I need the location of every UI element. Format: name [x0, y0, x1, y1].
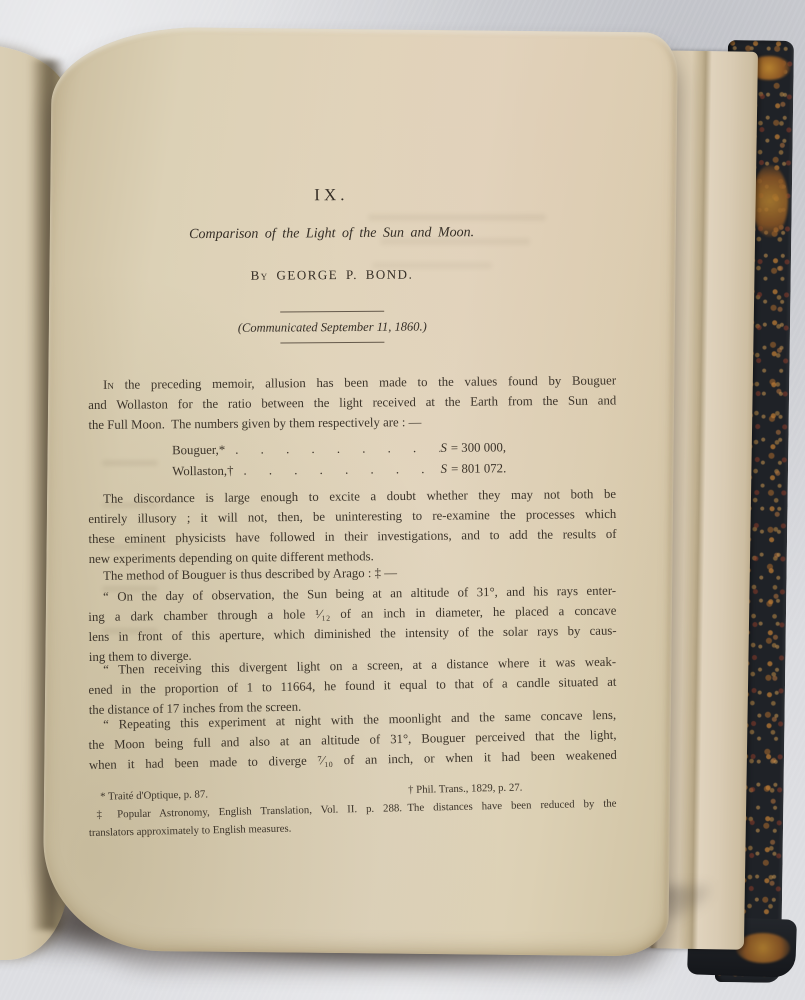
footnote-traite: * Traité d'Optique, p. 87. — [100, 785, 208, 805]
dot-leader: . . . . . . . . . . — [225, 438, 440, 460]
footnotes: * Traité d'Optique, p. 87. † Phil. Trans… — [88, 776, 617, 842]
paragraph-quote-repeating: “ Repeating this experiment at night wit… — [88, 705, 617, 775]
chapter-number: IX. — [67, 183, 595, 207]
text-line: the Full Moon. The numbers given by them… — [88, 410, 616, 435]
book-photo: IX. Comparison of the Light of the Sun a… — [0, 0, 805, 1000]
table-row: Wollaston,† . . . . . . . . . . S= 801 0… — [172, 458, 506, 481]
separator-rule-top — [280, 311, 384, 313]
row-name: Bouguer,* — [172, 440, 225, 461]
communicated-line: (Communicated September 11, 1860.) — [68, 318, 596, 337]
article-title: Comparison of the Light of the Sun and M… — [68, 224, 596, 244]
byline: By GEORGE P. BOND. — [68, 265, 596, 285]
paragraph-discordance: The discordance is large enough to excit… — [88, 484, 617, 569]
table-row: Bouguer,* . . . . . . . . . . S= 300 000… — [172, 437, 506, 460]
footnote-phil-trans: † Phil. Trans., 1829, p. 27. — [408, 779, 523, 799]
dot-leader: . . . . . . . . . . — [233, 458, 440, 480]
printed-text: IX. Comparison of the Light of the Sun a… — [0, 0, 805, 1000]
smallcaps-lead: In — [103, 378, 114, 392]
separator-rule-bottom — [280, 342, 384, 344]
values-table: Bouguer,* . . . . . . . . . . S= 300 000… — [88, 436, 616, 482]
row-name: Wollaston,† — [172, 460, 233, 481]
row-value: S= 801 072. — [441, 458, 507, 479]
row-value: S= 300 000, — [440, 437, 506, 458]
paragraph-intro: In the preceding memoir, allusion has be… — [88, 370, 617, 435]
